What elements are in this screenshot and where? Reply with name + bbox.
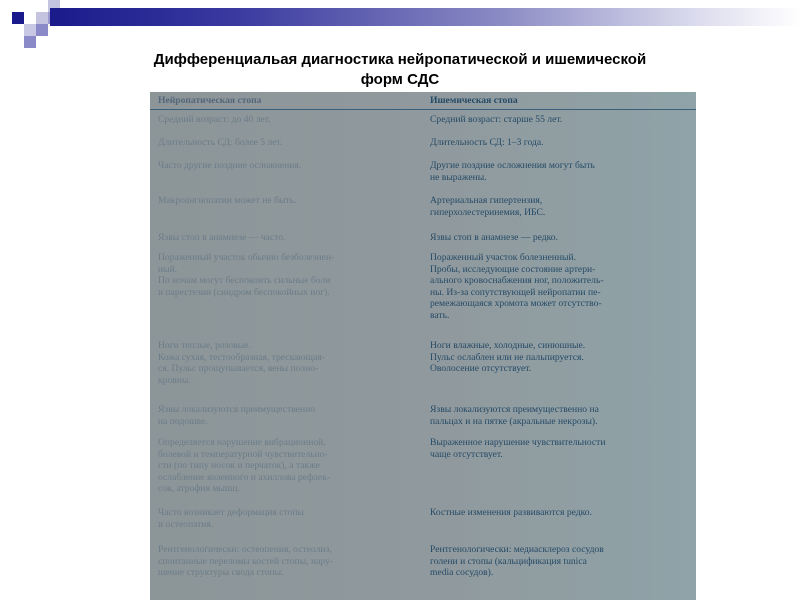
cell-neuropathic: Макроангиопатии может не быть. bbox=[158, 195, 416, 207]
decor-square bbox=[12, 12, 24, 24]
table-photo: Нейропатическая стопа Ишемическая стопа … bbox=[150, 92, 696, 600]
decor-square bbox=[24, 36, 36, 48]
cell-neuropathic: Средний возраст: до 40 лет. bbox=[158, 114, 416, 126]
table-header: Нейропатическая стопа Ишемическая стопа bbox=[150, 92, 696, 110]
title-line-1: Дифференциальая диагностика нейропатичес… bbox=[40, 50, 760, 70]
cell-neuropathic: Часто другие поздние осложнения. bbox=[158, 160, 416, 172]
cell-ischemic: Выраженное нарушение чувствительностичащ… bbox=[430, 437, 688, 460]
cell-ischemic: Длительность СД: 1–3 года. bbox=[430, 137, 688, 149]
header-ischemic: Ишемическая стопа bbox=[430, 95, 518, 107]
header-neuropathic: Нейропатическая стопа bbox=[158, 95, 261, 107]
cell-ischemic: Ноги влажные, холодные, синюшные.Пульс о… bbox=[430, 340, 688, 375]
cell-ischemic: Язвы локализуются преимущественно напаль… bbox=[430, 404, 688, 427]
decor-square bbox=[36, 12, 48, 24]
cell-ischemic: Средний возраст: старше 55 лет. bbox=[430, 114, 688, 126]
cell-ischemic: Другие поздние осложнения могут бытьне в… bbox=[430, 160, 688, 183]
cell-ischemic: Рентгенологически: медиасклероз сосудовг… bbox=[430, 544, 688, 579]
decor-square bbox=[24, 24, 36, 36]
decor-square bbox=[36, 24, 48, 36]
title-line-2: форм СДС bbox=[40, 70, 760, 90]
cell-neuropathic: Рентгенологически: остеопения, остеолиз,… bbox=[158, 544, 416, 579]
cell-neuropathic: Длительность СД: более 5 лет. bbox=[158, 137, 416, 149]
cell-ischemic: Язвы стоп в анамнезе — редко. bbox=[430, 232, 688, 244]
header-gradient-bar bbox=[50, 8, 800, 26]
cell-neuropathic: Язвы стоп в анамнезе — часто. bbox=[158, 232, 416, 244]
cell-ischemic: Пораженный участок болезненный.Пробы, ис… bbox=[430, 252, 688, 322]
cell-neuropathic: Язвы локализуются преимущественнона подо… bbox=[158, 404, 416, 427]
cell-neuropathic: Ноги теплые, розовые.Кожа сухая, тестооб… bbox=[158, 340, 416, 386]
cell-neuropathic: Определяется нарушение вибрационной,боле… bbox=[158, 437, 416, 495]
slide-title: Дифференциальая диагностика нейропатичес… bbox=[40, 50, 760, 90]
cell-neuropathic: Пораженный участок обычно безболезнен-ны… bbox=[158, 252, 416, 298]
cell-ischemic: Артериальная гипертензия,гиперхолестерин… bbox=[430, 195, 688, 218]
cell-ischemic: Костные изменения развиваются редко. bbox=[430, 507, 688, 519]
cell-neuropathic: Часто возникает деформация стопыи остеоп… bbox=[158, 507, 416, 530]
